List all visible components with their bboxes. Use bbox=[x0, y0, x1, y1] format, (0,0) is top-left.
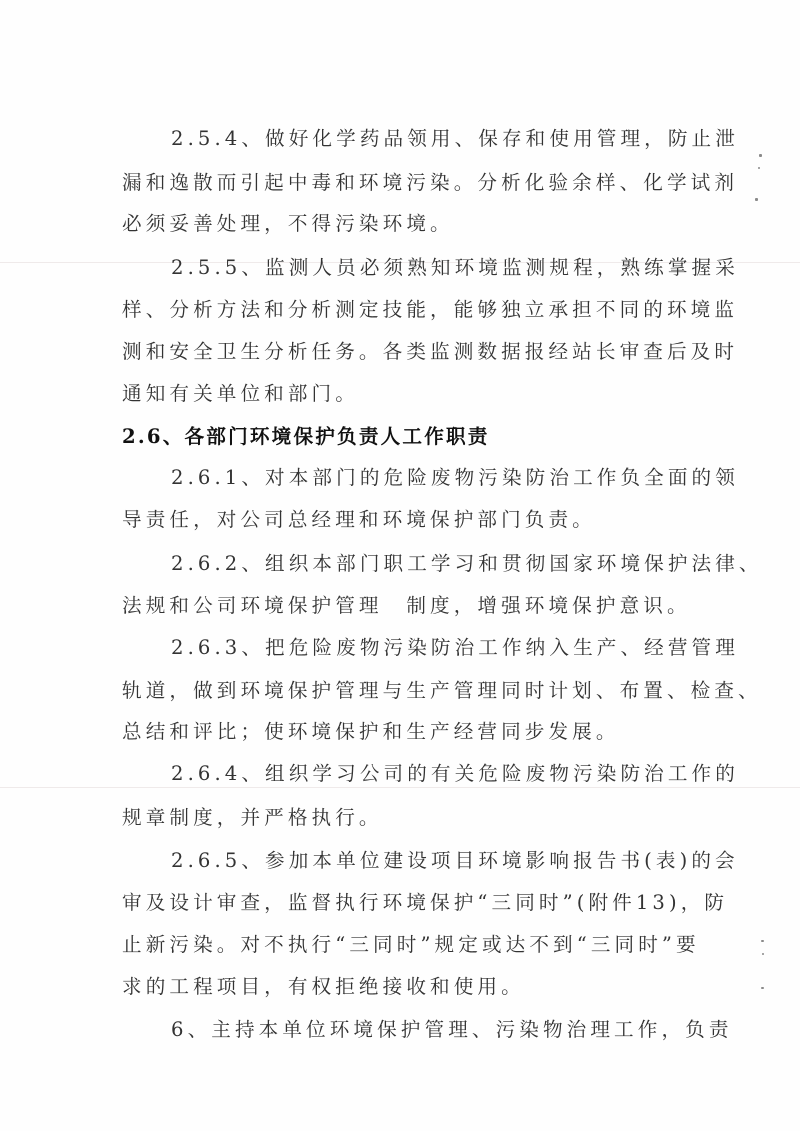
paragraph-2-5-5-line-1: 2.5.5、监测人员必须熟知环境监测规程，熟练掌握采 bbox=[171, 255, 687, 281]
paragraph-2-5-5-line-2: 样、分析方法和分析测定技能，能够独立承担不同的环境监 bbox=[122, 297, 687, 323]
paragraph-2-6-2-line-2: 法规和公司环境保护管理 制度，增强环境保护意识。 bbox=[122, 593, 687, 619]
section-heading: 2.6、各部门环境保护负责人工作职责 bbox=[122, 424, 490, 450]
scan-speck bbox=[759, 154, 762, 157]
paragraph-2-6-3-line-1: 2.6.3、把危险废物污染防治工作纳入生产、经营管理 bbox=[171, 635, 687, 661]
scan-speck bbox=[761, 940, 764, 942]
paragraph-2-6-3-line-2: 轨道，做到环境保护管理与生产管理同时计划、布置、检查、 bbox=[122, 678, 687, 704]
paragraph-6-line-1: 6、主持本单位环境保护管理、污染物治理工作，负责 bbox=[171, 1017, 687, 1043]
paragraph-2-6-2-line-1: 2.6.2、组织本部门职工学习和贯彻国家环境保护法律、 bbox=[171, 551, 687, 577]
scan-speck bbox=[755, 198, 758, 201]
paragraph-2-6-4-line-2: 规章制度，并严格执行。 bbox=[122, 805, 687, 831]
paragraph-2-6-5-line-3: 止新污染。对不执行“三同时”规定或达不到“三同时”要 bbox=[122, 932, 687, 958]
scan-artifact-line bbox=[0, 787, 800, 788]
paragraph-2-5-4-line-2: 漏和逸散而引起中毒和环境污染。分析化验余样、化学试剂 bbox=[122, 170, 687, 196]
paragraph-2-6-3-line-3: 总结和评比；使环境保护和生产经营同步发展。 bbox=[122, 719, 687, 745]
scan-speck bbox=[758, 167, 760, 169]
document-page: 2.5.4、做好化学药品领用、保存和使用管理，防止泄 漏和逸散而引起中毒和环境污… bbox=[0, 0, 800, 1131]
paragraph-2-6-5-line-1: 2.6.5、参加本单位建设项目环境影响报告书(表)的会 bbox=[171, 848, 687, 874]
paragraph-2-5-4-line-3: 必须妥善处理，不得污染环境。 bbox=[122, 211, 687, 237]
paragraph-2-5-5-line-3: 测和安全卫生分析任务。各类监测数据报经站长审查后及时 bbox=[122, 339, 687, 365]
scan-speck bbox=[762, 953, 764, 955]
paragraph-2-5-5-line-4: 通知有关单位和部门。 bbox=[122, 381, 687, 407]
scan-speck bbox=[761, 987, 764, 989]
paragraph-2-6-4-line-1: 2.6.4、组织学习公司的有关危险废物污染防治工作的 bbox=[171, 761, 687, 787]
paragraph-2-6-1-line-1: 2.6.1、对本部门的危险废物污染防治工作负全面的领 bbox=[171, 465, 687, 491]
paragraph-2-5-4-line-1: 2.5.4、做好化学药品领用、保存和使用管理，防止泄 bbox=[171, 126, 687, 152]
paragraph-2-6-5-line-2: 审及设计审查，监督执行环境保护“三同时”(附件13)，防 bbox=[122, 890, 687, 916]
paragraph-2-6-1-line-2: 导责任，对公司总经理和环境保护部门负责。 bbox=[122, 507, 687, 533]
paragraph-2-6-5-line-4: 求的工程项目，有权拒绝接收和使用。 bbox=[122, 974, 687, 1000]
